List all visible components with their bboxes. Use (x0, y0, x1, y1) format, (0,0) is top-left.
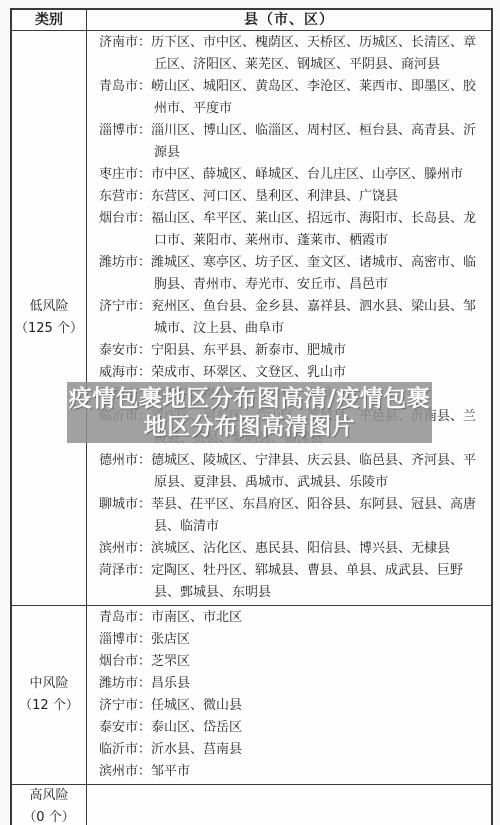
risk-label-low-name: 低风险 (29, 296, 68, 318)
county-list-row: 滨州市：邹平市 (99, 761, 483, 783)
risk-label-high-count: （0 个） (23, 807, 74, 825)
county-list-row: 东营市：东营区、河口区、垦利区、利津县、广饶县 (99, 186, 483, 208)
county-list-row: 聊城市：莘县、茌平区、东昌府区、阳谷县、东阿县、冠县、高唐县、临清市 (99, 494, 483, 538)
risk-label-medium-name: 中风险 (29, 673, 68, 695)
county-list-row: 淄博市：淄川区、博山区、临淄区、周村区、桓台县、高青县、沂源县 (99, 120, 483, 164)
county-list-high (87, 785, 491, 825)
county-list-row: 青岛市：市南区、市北区 (99, 607, 483, 629)
county-list-row: 泰安市：泰山区、岱岳区 (99, 717, 483, 739)
table-header: 类别 县（市、区） (12, 10, 491, 31)
county-list-row: 滨州市：滨城区、沾化区、惠民县、阳信县、博兴县、无棣县 (99, 538, 483, 560)
section-medium-risk: 中风险 （12 个） 青岛市：市南区、市北区淄博市：张店区烟台市：芝罘区潍坊市：… (12, 606, 491, 785)
county-list-row: 德州市：德城区、陵城区、宁津县、庆云县、临邑县、齐河县、平原县、夏津县、禹城市、… (99, 450, 483, 494)
header-county-cell: 县（市、区） (87, 10, 491, 30)
county-list-row: 潍坊市：潍城区、寒亭区、坊子区、奎文区、诸城市、高密市、临朐县、青州市、寿光市、… (99, 252, 483, 296)
county-list-row: 济宁市：兖州区、鱼台县、金乡县、嘉祥县、泗水县、梁山县、邹城市、汶上县、曲阜市 (99, 296, 483, 340)
county-list-row: 济宁市：任城区、微山县 (99, 695, 483, 717)
page: 类别 县（市、区） 低风险 （125 个） 济南市：历下区、市中区、槐荫区、天桥… (0, 0, 500, 825)
county-list-row: 临沂市：沂水县、莒南县 (99, 739, 483, 761)
county-list-row: 烟台市：芝罘区 (99, 651, 483, 673)
risk-label-high-name: 高风险 (29, 785, 68, 807)
watermark-text-line2: 地区分布图高清图片 (67, 413, 432, 441)
county-list-medium: 青岛市：市南区、市北区淄博市：张店区烟台市：芝罘区潍坊市：昌乐县济宁市：任城区、… (87, 606, 491, 784)
risk-label-medium: 中风险 （12 个） (12, 606, 87, 784)
county-list-row: 济南市：历下区、市中区、槐荫区、天桥区、历城区、长清区、章丘区、济阳区、莱芜区、… (99, 32, 483, 76)
county-list-row: 枣庄市：市中区、薛城区、峄城区、台儿庄区、山亭区、滕州市 (99, 164, 483, 186)
section-low-risk: 低风险 （125 个） 济南市：历下区、市中区、槐荫区、天桥区、历城区、长清区、… (12, 31, 491, 606)
risk-label-medium-count: （12 个） (19, 695, 79, 717)
risk-label-low-count: （125 个） (15, 318, 83, 340)
county-list-row: 淄博市：张店区 (99, 629, 483, 651)
county-list-row: 菏泽市：定陶区、牡丹区、郓城县、曹县、单县、成武县、巨野县、鄄城县、东明县 (99, 560, 483, 604)
risk-label-high: 高风险 （0 个） (12, 785, 87, 825)
watermark-overlay: 疫情包裹地区分布图高清/疫情包裹 地区分布图高清图片 (67, 382, 432, 443)
risk-label-low: 低风险 （125 个） (12, 31, 87, 605)
county-list-row: 泰安市：宁阳县、东平县、新泰市、肥城市 (99, 340, 483, 362)
county-list-low: 济南市：历下区、市中区、槐荫区、天桥区、历城区、长清区、章丘区、济阳区、莱芜区、… (87, 31, 491, 605)
county-list-row: 潍坊市：昌乐县 (99, 673, 483, 695)
county-list-row: 青岛市：崂山区、城阳区、黄岛区、李沧区、莱西市、即墨区、胶州市、平度市 (99, 76, 483, 120)
county-list-row: 威海市：荣成市、环翠区、文登区、乳山市 (99, 362, 483, 384)
section-high-risk: 高风险 （0 个） (12, 785, 491, 825)
county-list-row: 烟台市：福山区、牟平区、莱山区、招远市、海阳市、长岛县、龙口市、莱阳市、莱州市、… (99, 208, 483, 252)
watermark-text-line1: 疫情包裹地区分布图高清/疫情包裹 (67, 385, 432, 413)
header-category-cell: 类别 (12, 10, 87, 30)
